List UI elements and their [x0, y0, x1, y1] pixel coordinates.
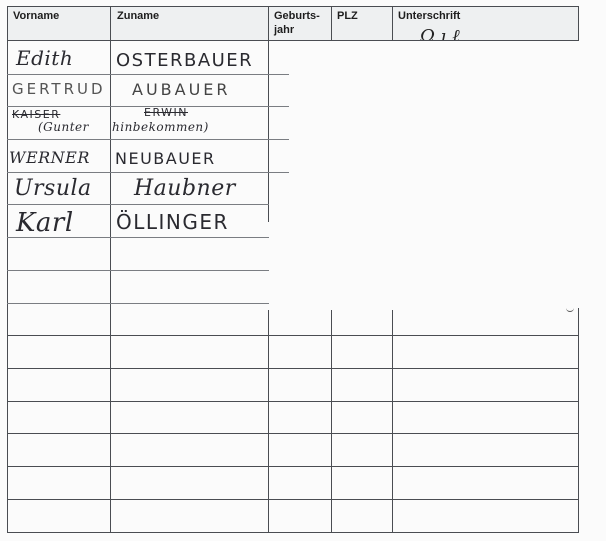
header-bottom-border: [7, 40, 579, 41]
row-5-zuname[interactable]: Haubner: [134, 176, 236, 201]
row-3-vorname-note[interactable]: (Gunter: [38, 120, 89, 134]
row-line: [7, 303, 269, 304]
header-vorname: Vorname: [13, 10, 59, 23]
row-1-vorname[interactable]: Edith: [16, 46, 73, 70]
header-divider-unterschrift: [392, 6, 393, 41]
header-divider-plz: [331, 6, 332, 41]
row-5-vorname[interactable]: Ursula: [14, 176, 92, 201]
header-unterschrift: Unterschrift: [398, 10, 460, 23]
row-1-zuname[interactable]: OSTERBAUER: [116, 50, 253, 71]
row-line: [7, 172, 289, 173]
row-line: [7, 433, 579, 434]
row-2-vorname[interactable]: GERTRUD: [12, 80, 106, 98]
scan-mark: [566, 305, 574, 312]
row-line: [7, 270, 269, 271]
header-plz: PLZ: [337, 10, 358, 23]
row-6-zuname[interactable]: ÖLLINGER: [116, 210, 229, 234]
row-line: [7, 466, 579, 467]
row-4-vorname[interactable]: WERNER: [9, 148, 90, 167]
header-geburtsjahr-line1: Geburts-: [274, 10, 320, 23]
row-line: [7, 335, 579, 336]
row-2-zuname[interactable]: AUBAUER: [132, 80, 231, 99]
header-right-border: [578, 6, 579, 41]
row-line: [7, 401, 579, 402]
row-line: [7, 139, 289, 140]
row-line: [7, 499, 579, 500]
header-geburtsjahr-line2: jahr: [274, 24, 294, 37]
row-4-zuname[interactable]: NEUBAUER: [115, 149, 216, 168]
row-3-zuname[interactable]: ERWIN: [144, 106, 188, 119]
signature-fragment: Ω ı ℓ: [420, 26, 460, 40]
row-line: [7, 368, 579, 369]
header-zuname: Zuname: [117, 10, 159, 23]
row-6-vorname[interactable]: Karl: [16, 208, 74, 238]
row-line: [7, 204, 269, 205]
row-line: [7, 74, 289, 75]
header-top-border: [7, 6, 579, 7]
row-3-zuname-note[interactable]: hinbekommen): [112, 120, 209, 134]
table-bottom-border: [7, 532, 579, 533]
divider-zuname-geburtsjahr-top: [268, 6, 269, 222]
